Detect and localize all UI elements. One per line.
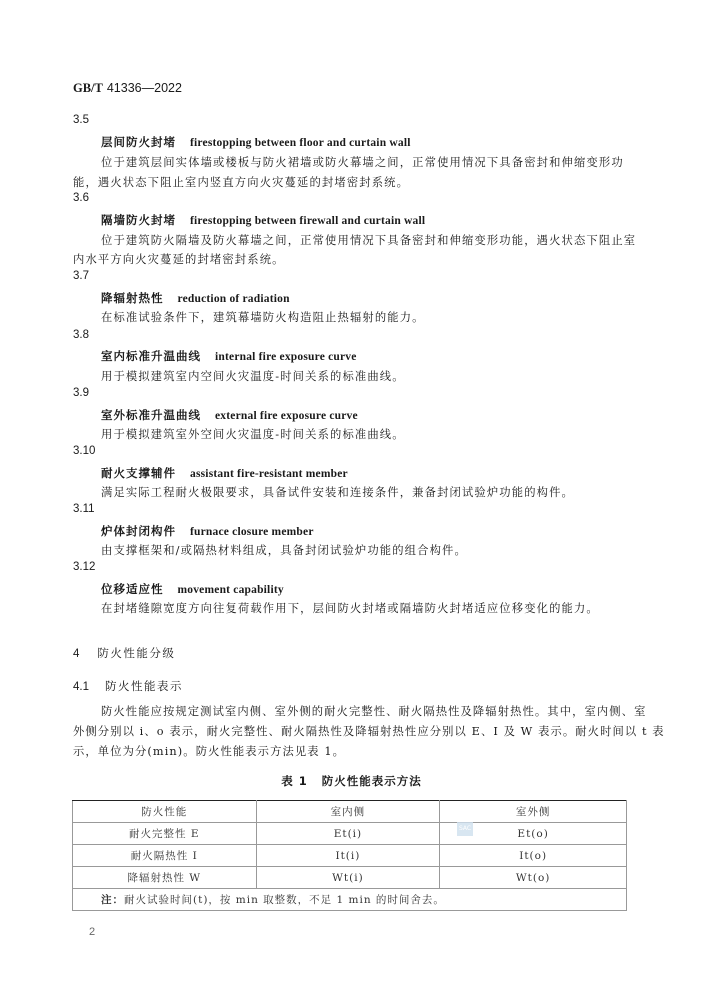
term-definition: 在标准试验条件下，建筑幕墙防火构造阻止热辐射的能力。: [101, 309, 425, 325]
term-heading: 耐火支撑辅件assistant fire-resistant member: [101, 465, 348, 481]
note-text: 耐火试验时间(t)，按 min 取整数，不足 1 min 的时间舍去。: [124, 894, 445, 906]
term-en: internal fire exposure curve: [215, 351, 357, 363]
standard-number: 41336—2022: [107, 81, 182, 95]
term-definition: 能，遇火状态下阻止室内竖直方向火灾蔓延的封堵密封系统。: [73, 174, 409, 190]
term-zh: 层间防火封堵: [101, 135, 176, 149]
term-en: reduction of radiation: [178, 293, 290, 305]
term-definition: 位于建筑防火隔墙及防火幕墙之间，正常使用情况下具备密封和伸缩变形功能，遇火状态下…: [101, 232, 636, 248]
standard-prefix: GB/T: [73, 81, 103, 95]
table-cell: Wt(o): [440, 867, 627, 889]
clause-number: 3.9: [73, 387, 89, 399]
table-row: 耐火完整性 E Et(i) Et(o): [73, 823, 627, 845]
table-note-row: 注：耐火试验时间(t)，按 min 取整数，不足 1 min 的时间舍去。: [73, 889, 627, 911]
note-label: 注：: [101, 894, 124, 906]
term-en: movement capability: [178, 584, 284, 596]
clause-number: 3.11: [73, 503, 95, 515]
term-zh: 位移适应性: [101, 582, 164, 596]
clause-number: 3.12: [73, 561, 95, 573]
clause-number: 3.8: [73, 329, 89, 341]
term-zh: 室内标准升温曲线: [101, 349, 201, 363]
clause-number: 3.10: [73, 445, 95, 457]
clause-number: 3.7: [73, 270, 89, 282]
body-paragraph-line: 外侧分别以 i、o 表示，耐火完整性、耐火隔热性及降辐射热性应分别以 E、I 及…: [73, 723, 665, 739]
term-heading: 层间防火封堵firestopping between floor and cur…: [101, 134, 411, 150]
table-label: 表 1: [281, 774, 308, 788]
term-definition: 位于建筑层间实体墙或楼板与防火裙墙或防火幕墙之间，正常使用情况下具备密封和伸缩变…: [101, 154, 624, 170]
subsection-heading: 4.1防火性能表示: [73, 678, 183, 694]
body-paragraph-line: 示，单位为分(min)。防火性能表示方法见表 1。: [73, 743, 345, 759]
table-caption: 表 1防火性能表示方法: [0, 773, 703, 789]
table-cell: It(i): [256, 845, 440, 867]
section-heading: 4防火性能分级: [73, 645, 175, 661]
table-cell: 耐火隔热性 I: [73, 845, 257, 867]
term-definition: 内水平方向火灾蔓延的封堵密封系统。: [73, 251, 285, 267]
section-number: 4: [73, 648, 79, 660]
term-zh: 耐火支撑辅件: [101, 466, 176, 480]
term-en: furnace closure member: [190, 526, 314, 538]
term-heading: 室内标准升温曲线internal fire exposure curve: [101, 348, 357, 364]
table-header-cell: 室外侧: [440, 801, 627, 823]
table-row: 降辐射热性 W Wt(i) Wt(o): [73, 867, 627, 889]
term-definition: 用于模拟建筑室内空间火灾温度-时间关系的标准曲线。: [101, 368, 405, 384]
table-header-cell: 室内侧: [256, 801, 440, 823]
term-en: firestopping between floor and curtain w…: [190, 137, 411, 149]
term-zh: 室外标准升温曲线: [101, 408, 201, 422]
term-definition: 用于模拟建筑室外空间火灾温度-时间关系的标准曲线。: [101, 426, 405, 442]
table-cell: Et(i): [256, 823, 440, 845]
table-note: 注：耐火试验时间(t)，按 min 取整数，不足 1 min 的时间舍去。: [73, 889, 627, 911]
term-en: external fire exposure curve: [215, 410, 358, 422]
clause-number: 3.5: [73, 114, 89, 126]
table-cell: It(o): [440, 845, 627, 867]
term-heading: 位移适应性movement capability: [101, 581, 284, 597]
term-heading: 降辐射热性reduction of radiation: [101, 290, 290, 306]
body-paragraph-line: 防火性能应按规定测试室内侧、室外侧的耐火完整性、耐火隔热性及降辐射热性。其中，室…: [101, 703, 646, 719]
term-zh: 隔墙防火封堵: [101, 213, 176, 227]
subsection-title: 防火性能表示: [105, 679, 183, 693]
term-zh: 炉体封闭构件: [101, 524, 176, 538]
table-header-cell: 防火性能: [73, 801, 257, 823]
table-row: 耐火隔热性 I It(i) It(o): [73, 845, 627, 867]
table-cell: 耐火完整性 E: [73, 823, 257, 845]
term-heading: 炉体封闭构件furnace closure member: [101, 523, 314, 539]
table-cell: 降辐射热性 W: [73, 867, 257, 889]
term-definition: 由支撑框架和/或隔热材料组成，具备封闭试验炉功能的组合构件。: [101, 542, 467, 558]
page-number: 2: [89, 926, 95, 938]
sac-watermark-icon: SAC: [457, 822, 473, 836]
standard-code: GB/T 41336—2022: [73, 80, 182, 96]
term-heading: 室外标准升温曲线external fire exposure curve: [101, 407, 358, 423]
clause-number: 3.6: [73, 192, 89, 204]
term-en: firestopping between firewall and curtai…: [190, 215, 425, 227]
term-heading: 隔墙防火封堵firestopping between firewall and …: [101, 212, 425, 228]
table-cell: Wt(i): [256, 867, 440, 889]
section-title: 防火性能分级: [97, 646, 175, 660]
term-definition: 满足实际工程耐火极限要求，具备试件安装和连接条件，兼备封闭试验炉功能的构件。: [101, 484, 574, 500]
fire-performance-table: 防火性能 室内侧 室外侧 耐火完整性 E Et(i) Et(o) 耐火隔热性 I…: [72, 800, 627, 911]
term-definition: 在封堵缝隙宽度方向往复荷载作用下，层间防火封堵或隔墙防火封堵适应位移变化的能力。: [101, 600, 599, 616]
table-header-row: 防火性能 室内侧 室外侧: [73, 801, 627, 823]
term-zh: 降辐射热性: [101, 291, 164, 305]
subsection-number: 4.1: [73, 681, 89, 693]
table-title: 防火性能表示方法: [322, 774, 422, 788]
term-en: assistant fire-resistant member: [190, 468, 348, 480]
